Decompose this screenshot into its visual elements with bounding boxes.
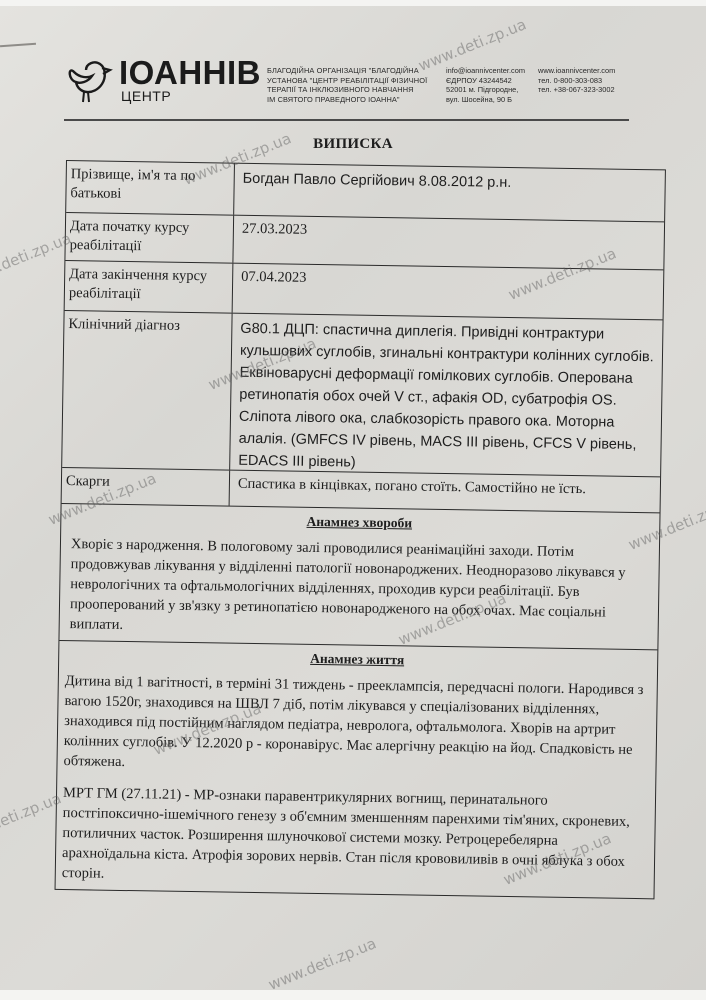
label-start-date: Дата початку курсу реабілітації — [65, 213, 234, 263]
label-end-date: Дата закінчення курсу реабілітації — [65, 261, 234, 313]
contacts-column-1: info@ioannivcenter.com ЄДРПОУ 43244542 5… — [446, 66, 525, 104]
website: www.ioannivcenter.com — [538, 66, 615, 76]
letterhead: ІОАННІВ ЦЕНТР БЛАГОДІЙНА ОРГАНІЗАЦІЯ "БЛ… — [64, 52, 684, 112]
email: info@ioannivcenter.com — [446, 66, 525, 76]
life-history-paragraph-1: Дитина від 1 вагітності, в терміні 31 ти… — [63, 671, 648, 780]
row-full-name: Прізвище, ім'я та по батькові Богдан Пав… — [66, 161, 665, 222]
life-history-title: Анамнез життя — [65, 647, 649, 672]
edrpou: ЄДРПОУ 43244542 — [446, 76, 525, 86]
contacts-column-2: www.ioannivcenter.com тел. 0-800-303-083… — [538, 66, 615, 95]
disease-history-text: Хворіє з народження. В пологовому залі п… — [66, 534, 651, 643]
organization-name: БЛАГОДІЙНА ОРГАНІЗАЦІЯ "БЛАГОДІЙНА УСТАН… — [267, 66, 427, 104]
value-full-name: Богдан Павло Сергійович 8.08.2012 р.н. — [234, 164, 665, 222]
postal-city: 52001 м. Підгородне, — [446, 85, 525, 95]
street-address: вул. Шосейна, 90 Б — [446, 95, 525, 105]
row-clinical-diagnosis: Клінічний діагноз G80.1 ДЦП: спастична д… — [62, 311, 662, 477]
brand-subtitle: ЦЕНТР — [121, 88, 171, 104]
logo: ІОАННІВ ЦЕНТР — [64, 52, 264, 108]
life-history-paragraph-2: МРТ ГМ (27.11.21) - МР-ознаки паравентри… — [62, 783, 647, 892]
section-disease-history: Анамнез хвороби Хворіє з народження. В п… — [59, 504, 659, 650]
disease-history-title: Анамнез хвороби — [67, 510, 651, 535]
bird-logo-icon — [64, 54, 116, 104]
header-divider — [64, 119, 629, 121]
phone-1: тел. 0-800-303-083 — [538, 76, 615, 86]
brand-name: ІОАННІВ — [119, 56, 261, 89]
phone-2: тел. +38-067-323-3002 — [538, 85, 615, 95]
document-title: ВИПИСКА — [0, 136, 706, 153]
paper-fold — [0, 43, 36, 48]
value-complaints: Спастика в кінцівках, погано стоїть. Сам… — [230, 471, 660, 513]
value-clinical-diagnosis: G80.1 ДЦП: спастична диплегія. Привідні … — [230, 314, 662, 477]
bottom-margin — [0, 990, 706, 1000]
label-clinical-diagnosis: Клінічний діагноз — [62, 311, 232, 470]
value-end-date: 07.04.2023 — [233, 264, 664, 320]
